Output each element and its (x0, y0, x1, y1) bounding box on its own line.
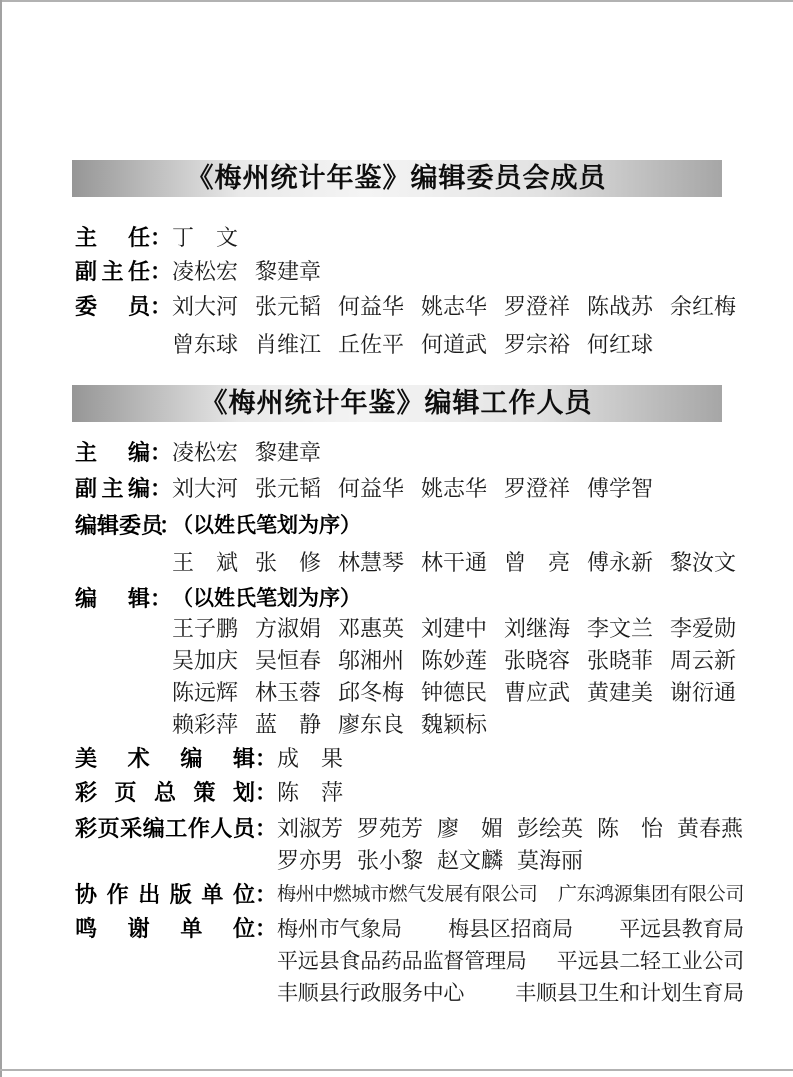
person-name-char: 莲 (465, 648, 487, 674)
role-label: 鸣谢单位： (75, 916, 277, 942)
person-name: 邱冬梅 (338, 680, 404, 706)
role-label-char: 总 (154, 780, 176, 806)
person-name-char: 赖 (172, 712, 194, 738)
role-label-char: 单 (201, 882, 223, 908)
org-name: 丰顺县行政服务中心 (277, 980, 464, 1006)
person-name-char: 黎 (255, 440, 277, 466)
org-name: 平远县教育局 (619, 916, 744, 942)
person-name-char: 蓉 (299, 680, 321, 706)
person-name-char: 韬 (299, 476, 321, 502)
person-name-char: 黎 (401, 848, 423, 874)
person-name-char: 晓 (526, 648, 548, 674)
person-name: 黎建章 (255, 259, 321, 285)
person-name-char: 静 (299, 712, 321, 738)
person-name-char: 河 (216, 294, 238, 320)
person-name-char: 黄 (587, 680, 609, 706)
person-name: 肖维江 (255, 332, 321, 358)
person-name-char: 红 (609, 332, 631, 358)
role-label: 编辑： (75, 586, 172, 612)
person-name-char: 辉 (216, 680, 238, 706)
names-block: 凌松宏黎建章 (172, 259, 744, 285)
person-name-char: 松 (194, 440, 216, 466)
role-label-chars: 副主编 (75, 476, 150, 502)
names-block: （以姓氏笔划为序）王斌张修林慧琴林干通曾亮傅永新黎汝文 (172, 513, 744, 576)
person-name-char: 建 (609, 680, 631, 706)
person-name-char: 建 (443, 616, 465, 642)
person-name-char: 元 (277, 294, 299, 320)
person-name: 王子鹏 (172, 616, 238, 642)
person-name-char: 陈 (587, 294, 609, 320)
person-name-char: 刘 (172, 294, 194, 320)
person-name: 陈远辉 (172, 680, 238, 706)
person-name-char: 裕 (548, 332, 570, 358)
person-name: 丘佐平 (338, 332, 404, 358)
person-name-char: 丁 (172, 225, 194, 251)
person-name: 曾东球 (172, 332, 238, 358)
person-name-char: 傅 (587, 550, 609, 576)
person-name-char: 何 (421, 332, 443, 358)
role-label-chars: 编辑委员 (75, 513, 159, 539)
person-name: 李爱勋 (670, 616, 736, 642)
person-name-char: 澄 (526, 476, 548, 502)
name-line: 王斌张修林慧琴林干通曾亮傅永新黎汝文 (172, 550, 744, 576)
role-label-char: 辑 (97, 513, 119, 539)
person-name: 赖彩萍 (172, 712, 238, 738)
person-name-char: 张 (357, 848, 379, 874)
person-name-char: 应 (526, 680, 548, 706)
person-name: 罗苑芳 (357, 816, 423, 842)
person-name: 罗宗裕 (504, 332, 570, 358)
person-name-char: 惠 (360, 616, 382, 642)
role-label-char: 作 (188, 816, 210, 842)
role-label-char: 主 (75, 225, 97, 251)
person-name: 吴加庆 (172, 648, 238, 674)
person-name-char: 张 (255, 550, 277, 576)
person-name-char: 道 (443, 332, 465, 358)
person-name-char: 元 (277, 476, 299, 502)
role-label: 副主编： (75, 476, 172, 502)
person-name-char: 大 (194, 476, 216, 502)
person-name: 邓惠英 (338, 616, 404, 642)
person-name-char: 子 (194, 616, 216, 642)
person-name-char: 衍 (692, 680, 714, 706)
person-name-char: 何 (338, 294, 360, 320)
person-name-char: 梅 (382, 680, 404, 706)
person-name-char: 黎 (255, 259, 277, 285)
person-name-char: 章 (299, 259, 321, 285)
person-name-char: 华 (382, 294, 404, 320)
person-name-char: 刘 (172, 476, 194, 502)
org-name: 丰顺县卫生和计划生育局 (515, 980, 744, 1006)
label-colon: ： (255, 816, 277, 842)
person-name-char: 黎 (670, 550, 692, 576)
label-colon: ： (150, 259, 172, 285)
person-name-char: 淑 (277, 616, 299, 642)
person-name: 黎建章 (255, 440, 321, 466)
person-name-char: 魏 (421, 712, 443, 738)
names-block: 梅州市气象局梅县区招商局平远县教育局平远县食品药品监督管理局平远县二轻工业公司丰… (277, 916, 744, 1006)
role-label-char: 编 (128, 476, 150, 502)
person-name-char: 陈 (421, 648, 443, 674)
person-name-char: 罗 (357, 816, 379, 842)
person-name-char: 远 (194, 680, 216, 706)
role-label-char: 术 (128, 746, 150, 772)
person-name-char: 通 (714, 680, 736, 706)
role-label-char: 委 (119, 513, 141, 539)
person-name-char: 李 (670, 616, 692, 642)
role-label-char: 任 (128, 225, 150, 251)
role-label-char: 员 (128, 294, 150, 320)
role-label-char: 人 (210, 816, 232, 842)
person-name-char: 恒 (277, 648, 299, 674)
person-name-char: 松 (194, 259, 216, 285)
name-line: 王子鹏方淑娟邓惠英刘建中刘继海李文兰李爱勋 (172, 616, 744, 642)
person-name: 魏颖标 (421, 712, 487, 738)
person-name-char: 球 (216, 332, 238, 358)
label-colon: ： (150, 586, 172, 612)
person-name-char: 彩 (194, 712, 216, 738)
person-name-char: 梅 (714, 294, 736, 320)
person-name-char: 怡 (641, 816, 663, 842)
person-name-char: 曹 (504, 680, 526, 706)
person-name-char: 刘 (277, 816, 299, 842)
person-name-char: 祥 (548, 476, 570, 502)
role-label-char: 工 (165, 816, 187, 842)
person-name-char: 慧 (360, 550, 382, 576)
person-name-char: 容 (548, 648, 570, 674)
role-label: 副主任： (75, 259, 172, 285)
person-name: 钟德民 (421, 680, 487, 706)
names-block: 凌松宏黎建章 (172, 440, 744, 466)
person-name: 姚志华 (421, 294, 487, 320)
person-name-char: 志 (443, 294, 465, 320)
person-name: 方淑娟 (255, 616, 321, 642)
person-name-char: 宏 (216, 440, 238, 466)
person-name-char: 罗 (277, 848, 299, 874)
person-name: 何道武 (421, 332, 487, 358)
person-name-char: 刘 (504, 616, 526, 642)
person-name: 蓝静 (255, 712, 321, 738)
person-name: 邬湘州 (338, 648, 404, 674)
seniority-note: （以姓氏笔划为序） (172, 513, 744, 539)
person-name-char: 邱 (338, 680, 360, 706)
person-name: 李文兰 (587, 616, 653, 642)
person-name-char: 海 (539, 848, 561, 874)
person-name-char: 张 (504, 648, 526, 674)
person-name: 王斌 (172, 550, 238, 576)
person-name-char: 宗 (526, 332, 548, 358)
person-name-char: 燕 (721, 816, 743, 842)
role-label-char: 辑 (128, 586, 150, 612)
role-label-chars: 彩页总策划 (75, 780, 255, 806)
person-name-char: 张 (587, 648, 609, 674)
name-line: 罗亦男张小黎赵文麟莫海丽 (277, 848, 744, 874)
person-name-char: 苑 (379, 816, 401, 842)
person-name: 傅学智 (587, 476, 653, 502)
person-name: 黄春燕 (677, 816, 743, 842)
person-name: 彭绘英 (517, 816, 583, 842)
org-name: 梅州中燃城市燃气发展有限公司 (277, 882, 537, 908)
person-name-char: 加 (194, 648, 216, 674)
person-name: 罗澄祥 (504, 294, 570, 320)
names-block: 成果 (277, 746, 744, 772)
person-name: 刘建中 (421, 616, 487, 642)
person-name: 陈妙莲 (421, 648, 487, 674)
org-name: 梅县区招商局 (448, 916, 573, 942)
person-name-char: 邬 (338, 648, 360, 674)
person-name-char: 男 (321, 848, 343, 874)
entry-row: 编辑：（以姓氏笔划为序）王子鹏方淑娟邓惠英刘建中刘继海李文兰李爱勋吴加庆吴恒春邬… (75, 586, 744, 738)
role-label: 委员： (75, 294, 172, 320)
person-name-char: 庆 (216, 648, 238, 674)
role-label-chars: 美术编辑 (75, 746, 255, 772)
person-name-char: 平 (382, 332, 404, 358)
names-block: 梅州中燃城市燃气发展有限公司广东鸿源集团有限公司 (277, 882, 744, 908)
person-name: 成果 (277, 746, 343, 772)
person-name-char: 苏 (631, 294, 653, 320)
person-name: 黄建美 (587, 680, 653, 706)
person-name-char: 娟 (299, 616, 321, 642)
person-name: 凌松宏 (172, 259, 238, 285)
person-name-char: 麟 (481, 848, 503, 874)
person-name-char: 永 (609, 550, 631, 576)
person-name-char: 姚 (421, 294, 443, 320)
person-name-char: 澄 (526, 294, 548, 320)
person-name: 周云新 (670, 648, 736, 674)
person-name-char: 华 (465, 476, 487, 502)
person-name-char: 爱 (692, 616, 714, 642)
person-name: 赵文麟 (437, 848, 503, 874)
person-name-char: 方 (255, 616, 277, 642)
person-name-char: 蓝 (255, 712, 277, 738)
person-name-char: 何 (338, 476, 360, 502)
person-name: 张元韬 (255, 476, 321, 502)
person-name-char: 新 (631, 550, 653, 576)
person-name-char: 邓 (338, 616, 360, 642)
label-colon: ： (150, 225, 172, 251)
person-name-char: 华 (465, 294, 487, 320)
person-name-char: 琴 (382, 550, 404, 576)
role-label-chars: 主编 (75, 440, 150, 466)
names-block: 刘淑芳罗苑芳廖媚彭绘英陈怡黄春燕罗亦男张小黎赵文麟莫海丽 (277, 816, 744, 874)
person-name: 刘大河 (172, 476, 238, 502)
person-name-char: 文 (714, 550, 736, 576)
person-name: 刘继海 (504, 616, 570, 642)
role-label-chars: 副主任 (75, 259, 150, 285)
person-name-char: 罗 (504, 294, 526, 320)
person-name-char: 吴 (255, 648, 277, 674)
person-name-char: 州 (382, 648, 404, 674)
entry-row: 美术编辑：成果 (75, 746, 744, 772)
person-name: 黎汝文 (670, 550, 736, 576)
person-name: 余红梅 (670, 294, 736, 320)
person-name-char: 勋 (714, 616, 736, 642)
person-name-char: 颖 (443, 712, 465, 738)
person-name-char: 罗 (504, 476, 526, 502)
role-label-chars: 协作出版单位 (75, 882, 255, 908)
person-name-char: 钟 (421, 680, 443, 706)
role-label-chars: 主任 (75, 225, 150, 251)
role-label-char: 主 (101, 476, 123, 502)
person-name-char: 英 (561, 816, 583, 842)
person-name: 吴恒春 (255, 648, 321, 674)
person-name-char: 建 (277, 440, 299, 466)
name-line: 成果 (277, 746, 744, 772)
person-name-char: 余 (670, 294, 692, 320)
person-name-char: 祥 (548, 294, 570, 320)
person-name-char: 莫 (517, 848, 539, 874)
person-name: 何益华 (338, 294, 404, 320)
person-name-char: 廖 (437, 816, 459, 842)
role-label-char: 编 (75, 586, 97, 612)
person-name-char: 林 (421, 550, 443, 576)
person-name-char: 江 (299, 332, 321, 358)
person-name-char: 韬 (299, 294, 321, 320)
person-name-char: 王 (172, 616, 194, 642)
person-name-char: 志 (443, 476, 465, 502)
person-name-char: 干 (443, 550, 465, 576)
person-name-char: 兰 (631, 616, 653, 642)
person-name-char: 林 (255, 680, 277, 706)
role-label-char: 单 (180, 916, 202, 942)
person-name-char: 何 (587, 332, 609, 358)
person-name-char: 中 (465, 616, 487, 642)
names-block: 刘大河张元韬何益华姚志华罗澄祥傅学智 (172, 476, 744, 502)
name-line: 赖彩萍蓝静廖东良魏颖标 (172, 712, 744, 738)
person-name-char: 黄 (677, 816, 699, 842)
names-block: 陈萍 (277, 780, 744, 806)
person-name-char: 德 (443, 680, 465, 706)
person-name-char: 武 (548, 680, 570, 706)
person-name: 张小黎 (357, 848, 423, 874)
person-name-char: 果 (321, 746, 343, 772)
committee-section-banner: 《梅州统计年鉴》编辑委员会成员 (72, 160, 722, 197)
name-line: 丁文 (172, 225, 744, 251)
role-label-char: 编 (180, 746, 202, 772)
person-name: 林玉蓉 (255, 680, 321, 706)
label-colon: ： (150, 440, 172, 466)
org-line: 平远县食品药品监督管理局平远县二轻工业公司 (277, 948, 744, 974)
role-label-char: 编 (143, 816, 165, 842)
org-line: 丰顺县行政服务中心丰顺县卫生和计划生育局 (277, 980, 744, 1006)
person-name: 陈战苏 (587, 294, 653, 320)
person-name: 廖媚 (437, 816, 503, 842)
staff-section: 主编：凌松宏黎建章副主编：刘大河张元韬何益华姚志华罗澄祥傅学智编辑委员：（以姓氏… (75, 440, 744, 1006)
person-name-char: 云 (692, 648, 714, 674)
entry-row: 委员：刘大河张元韬何益华姚志华罗澄祥陈战苏余红梅曾东球肖维江丘佐平何道武罗宗裕何… (75, 294, 744, 358)
person-name-char: 武 (465, 332, 487, 358)
entry-row: 主任：丁文 (75, 225, 744, 251)
person-name-char: 冬 (360, 680, 382, 706)
entry-row: 主编：凌松宏黎建章 (75, 440, 744, 466)
person-name-char: 妙 (443, 648, 465, 674)
name-line: 凌松宏黎建章 (172, 440, 744, 466)
person-name-char: 芳 (401, 816, 423, 842)
person-name-char: 小 (379, 848, 401, 874)
role-label-char: 委 (75, 294, 97, 320)
person-name-char: 陈 (277, 780, 299, 806)
person-name-char: 湘 (360, 648, 382, 674)
person-name-char: 傅 (587, 476, 609, 502)
role-label-chars: 编辑 (75, 586, 150, 612)
person-name-char: 智 (631, 476, 653, 502)
person-name-char: 文 (609, 616, 631, 642)
person-name-char: 维 (277, 332, 299, 358)
person-name-char: 修 (299, 550, 321, 576)
role-label-char: 美 (75, 746, 97, 772)
person-name: 莫海丽 (517, 848, 583, 874)
role-label-char: 编 (75, 513, 97, 539)
role-label-char: 员 (233, 816, 255, 842)
person-name-char: 萍 (321, 780, 343, 806)
org-line: 梅州市气象局梅县区招商局平远县教育局 (277, 916, 744, 942)
label-colon: ： (255, 746, 277, 772)
role-label-char: 主 (75, 440, 97, 466)
role-label-char: 辑 (233, 746, 255, 772)
person-name-char: 汝 (692, 550, 714, 576)
person-name-char: 大 (194, 294, 216, 320)
person-name-char: 肖 (255, 332, 277, 358)
person-name-char: 菲 (631, 648, 653, 674)
person-name: 刘大河 (172, 294, 238, 320)
person-name: 廖东良 (338, 712, 404, 738)
person-name-char: 姚 (421, 476, 443, 502)
person-name-char: 成 (277, 746, 299, 772)
person-name: 曾亮 (504, 550, 570, 576)
label-colon: ： (150, 294, 172, 320)
page-edge-bottom (0, 1069, 793, 1071)
name-line: 陈远辉林玉蓉邱冬梅钟德民曹应武黄建美谢衍通 (172, 680, 744, 706)
person-name-char: 斌 (216, 550, 238, 576)
person-name-char: 益 (360, 294, 382, 320)
role-label: 协作出版单位： (75, 882, 277, 908)
person-name: 张晓容 (504, 648, 570, 674)
entry-row: 鸣谢单位：梅州市气象局梅县区招商局平远县教育局平远县食品药品监督管理局平远县二轻… (75, 916, 744, 1006)
person-name-char: 曾 (504, 550, 526, 576)
person-name-char: 东 (360, 712, 382, 738)
person-name-char: 文 (459, 848, 481, 874)
person-name-char: 春 (699, 816, 721, 842)
role-label-char: 副 (75, 476, 97, 502)
person-name-char: 彭 (517, 816, 539, 842)
person-name-char: 芳 (321, 816, 343, 842)
person-name-char: 陈 (597, 816, 619, 842)
role-label-chars: 委员 (75, 294, 150, 320)
person-name: 何红球 (587, 332, 653, 358)
role-label: 美术编辑： (75, 746, 277, 772)
role-label: 编辑委员： (75, 513, 172, 539)
role-label-char: 作 (107, 882, 129, 908)
committee-section: 主任：丁文副主任：凌松宏黎建章委员：刘大河张元韬何益华姚志华罗澄祥陈战苏余红梅曾… (75, 225, 744, 358)
person-name-char: 华 (382, 476, 404, 502)
person-name-char: 丽 (561, 848, 583, 874)
label-colon: ： (255, 916, 277, 942)
entry-row: 副主任：凌松宏黎建章 (75, 259, 744, 285)
person-name-char: 宏 (216, 259, 238, 285)
person-name: 刘淑芳 (277, 816, 343, 842)
person-name: 张元韬 (255, 294, 321, 320)
person-name-char: 继 (526, 616, 548, 642)
person-name-char: 赵 (437, 848, 459, 874)
page-edge-top (0, 0, 793, 2)
person-name: 陈萍 (277, 780, 343, 806)
person-name-char: 淑 (299, 816, 321, 842)
person-name-char: 周 (670, 648, 692, 674)
names-block: 丁文 (172, 225, 744, 251)
name-line: 陈萍 (277, 780, 744, 806)
name-line: 凌松宏黎建章 (172, 259, 744, 285)
role-label-char: 采 (120, 816, 142, 842)
